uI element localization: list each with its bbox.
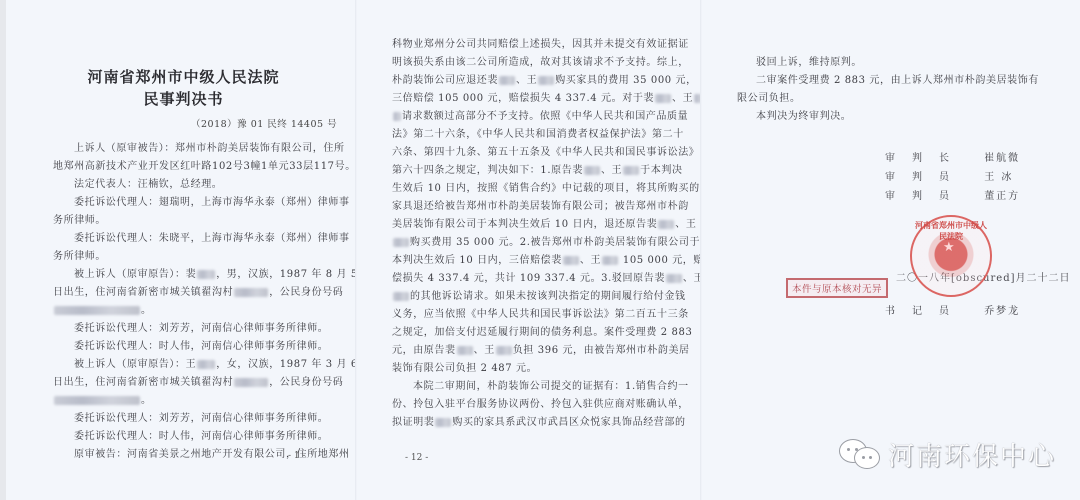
text-line-with-redaction: 的其他诉讼请求。如果未按该判决指定的期间履行给付金钱 xyxy=(392,290,686,304)
text-line: 原审被告：河南省美景之州地产开发有限公司，住所地郑州 xyxy=(74,448,350,462)
text-line: 生效后 10 日内，按照《销售合约》中记载的项目，将其所购买的 xyxy=(392,182,700,196)
signature-name: 董正方 xyxy=(984,187,1020,202)
redacted-name xyxy=(457,346,473,355)
text-line: 二审案件受理费 2 883 元，由上诉人郑州市朴韵美居装饰有 xyxy=(756,74,1039,88)
signature-row-clerk: 书记员 乔梦龙 xyxy=(885,302,1020,317)
document-page-12: 科物业郑州分公司共同赔偿上述损失，因其并未提交有效证据证 明该损失系由该二公司所… xyxy=(355,0,700,500)
document-type-title: 民事判决书 xyxy=(6,88,361,109)
document-page-1: 河南省郑州市中级人民法院 民事判决书 （2018）豫 01 民终 14405 号… xyxy=(0,0,355,500)
redacted-id-number xyxy=(54,396,140,405)
text-line: 本院二审期间，朴韵装饰公司提交的证据有：1.销售合约一 xyxy=(413,380,689,394)
text-line-with-redaction: 日出生，住河南省新密市城关镇翟沟村，公民身份号码 xyxy=(53,376,343,390)
signature-name: 乔梦龙 xyxy=(984,302,1020,317)
text-line-with-redaction: 购买费用 35 000 元。2.被告郑州市朴韵美居装饰有限公司于 xyxy=(392,236,700,250)
text-line: 义务，应当依照《中华人民共和国民事诉讼法》第二百五十三条 xyxy=(392,308,689,322)
text-line-with-redaction: 被上诉人（原审原告）：裴，男，汉族，1987 年 8 月 5 xyxy=(74,268,358,282)
text-line: 上诉人（原审被告）：郑州市朴韵美居装饰有限公司，住所 xyxy=(74,142,345,156)
page-number: - 1 - xyxy=(288,451,306,461)
verification-stamp: 本件与原本核对无异 xyxy=(786,278,888,298)
text-line-with-redaction: 拟证明裴购买的家具系武汉市武昌区众悦家具饰品经营部的 xyxy=(392,416,686,430)
redacted-name xyxy=(623,166,639,175)
text-line: 明该损失系由该二公司所造成，故对其该请求不予支持。综上， xyxy=(392,56,689,70)
page-number: - 12 - xyxy=(405,453,428,463)
text-line-with-redaction: 三倍赔偿 105 000 元，赔偿损失 4 337.4 元。对于裴、王 xyxy=(392,92,703,106)
signature-role: 审判长 xyxy=(885,149,981,164)
text-line: 地郑州高新技术产业开发区红叶路102号3幢1单元33层117号。 xyxy=(53,160,356,174)
seal-text: 河南省郑州市中级人民法院 xyxy=(912,220,990,242)
text-line-with-redaction: 被上诉人（原审原告）：王，女，汉族，1987 年 3 月 6 xyxy=(74,358,358,372)
text-line: 务所律师。 xyxy=(53,250,106,264)
redacted-name xyxy=(197,360,215,369)
document-page-final: 驳回上诉，维持原判。 二审案件受理费 2 883 元，由上诉人郑州市朴韵美居装饰… xyxy=(700,0,1080,500)
redacted-name xyxy=(658,220,674,229)
text-line-with-redaction: 第六十四条之规定，判决如下：1.原告裴、王于本判决 xyxy=(392,164,683,178)
text-line-with-redaction: 元，由原告裴、王负担 396 元，由被告郑州市朴韵美居 xyxy=(392,344,690,358)
signature-name: 崔航微 xyxy=(984,149,1020,164)
redacted-name xyxy=(393,238,409,247)
redacted-name xyxy=(563,256,579,265)
text-line: 家具退还给被告郑州市朴韵美居装饰有限公司；被告郑州市朴韵 xyxy=(392,200,689,214)
redacted-address xyxy=(234,378,268,387)
text-line: 六条、第四十九条、第五十五条及《中华人民共和国民事诉讼法》 xyxy=(392,146,699,160)
redacted-name xyxy=(584,166,600,175)
text-line-with-redaction: 日出生，住河南省新密市城关镇翟沟村，公民身份号码 xyxy=(53,286,343,300)
signature-name: 王 冰 xyxy=(984,168,1013,183)
text-line-with-redaction: 请求数额过高部分不予支持。依照《中华人民共和国产品质量 xyxy=(392,110,688,124)
signature-role: 审判员 xyxy=(885,187,981,202)
text-line: 装饰有限公司负担 2 487 元。 xyxy=(392,362,537,376)
signature-row-judge: 审判员 王 冰 xyxy=(885,168,1013,183)
text-line-with-redaction: 。 xyxy=(53,394,152,408)
text-line: 份、拎包入驻平台服务协议两份、拎包入驻供应商对账确认单， xyxy=(392,398,689,412)
text-line: 委托诉讼代理人：时人伟，河南信心律师事务所律师。 xyxy=(74,340,328,354)
text-line: 委托诉讼代理人：朱晓平，上海市海华永泰（郑州）律师事 xyxy=(74,232,350,246)
redacted-name xyxy=(666,274,682,283)
national-emblem-icon: ★ xyxy=(943,240,955,255)
page-divider xyxy=(700,0,702,500)
text-line-with-redaction: 本判决生效后 10 日内，三倍赔偿裴、王 105 000 元，赔 xyxy=(392,254,704,268)
text-line: 委托诉讼代理人：翅瑞明，上海市海华永泰（郑州）律师事 xyxy=(74,196,350,210)
text-line: 本判决为终审判决。 xyxy=(756,110,851,124)
text-line-with-redaction: 美居装饰有限公司于本判决生效后 10 日内，退还原告裴、王 xyxy=(392,218,697,232)
text-line: 委托诉讼代理人：刘芳芳，河南信心律师事务所律师。 xyxy=(74,412,328,426)
redacted-name xyxy=(538,76,554,85)
text-line: 务所律师。 xyxy=(53,214,106,228)
text-line: 委托诉讼代理人：时人伟，河南信心律师事务所律师。 xyxy=(74,430,328,444)
redacted-name xyxy=(602,256,618,265)
redacted-name xyxy=(393,292,409,301)
watermark-text: 河南环保中心 xyxy=(888,436,1056,473)
redacted-name xyxy=(499,76,515,85)
court-name: 河南省郑州市中级人民法院 xyxy=(6,66,361,87)
text-line: 法》第二十六条，《中华人民共和国消费者权益保护法》第二十 xyxy=(392,128,684,142)
text-line-with-redaction: 偿损失 4 337.4 元，共计 109 337.4 元。3.驳回原告裴、王 xyxy=(392,272,704,286)
redacted-name xyxy=(197,270,215,279)
text-line-with-redaction: 朴韵装饰公司应退还裴、王购买家具的费用 35 000 元， xyxy=(392,74,697,88)
redacted-name xyxy=(393,112,401,121)
signature-row-judge: 审判员 董正方 xyxy=(885,187,1020,202)
page-divider xyxy=(355,0,357,500)
text-line: 之规定，加倍支付迟延履行期间的债务利息。案件受理费 2 883 xyxy=(392,326,692,340)
redacted-address xyxy=(234,288,268,297)
signature-role: 审判员 xyxy=(885,168,981,183)
redacted-name xyxy=(496,346,512,355)
text-line: 科物业郑州分公司共同赔偿上述损失，因其并未提交有效证据证 xyxy=(392,38,689,52)
redacted-name xyxy=(435,418,451,427)
text-line: 法定代表人：汪楠钦，总经理。 xyxy=(74,178,222,192)
text-line-with-redaction: 。 xyxy=(53,304,152,318)
text-line: 委托诉讼代理人：刘芳芳，河南信心律师事务所律师。 xyxy=(74,322,328,336)
wechat-watermark: 河南环保中心 xyxy=(838,436,1056,473)
case-number: （2018）豫 01 民终 14405 号 xyxy=(191,116,337,130)
text-line: 驳回上诉，维持原判。 xyxy=(756,56,862,70)
text-line: 限公司负担。 xyxy=(737,92,801,106)
signature-row-presiding-judge: 审判长 崔航微 xyxy=(885,149,1020,164)
court-seal: 河南省郑州市中级人民法院 ★ xyxy=(910,215,992,297)
signature-role: 书记员 xyxy=(885,302,981,317)
redacted-name xyxy=(655,94,671,103)
wechat-icon xyxy=(838,438,884,472)
redacted-id-number xyxy=(54,306,140,315)
